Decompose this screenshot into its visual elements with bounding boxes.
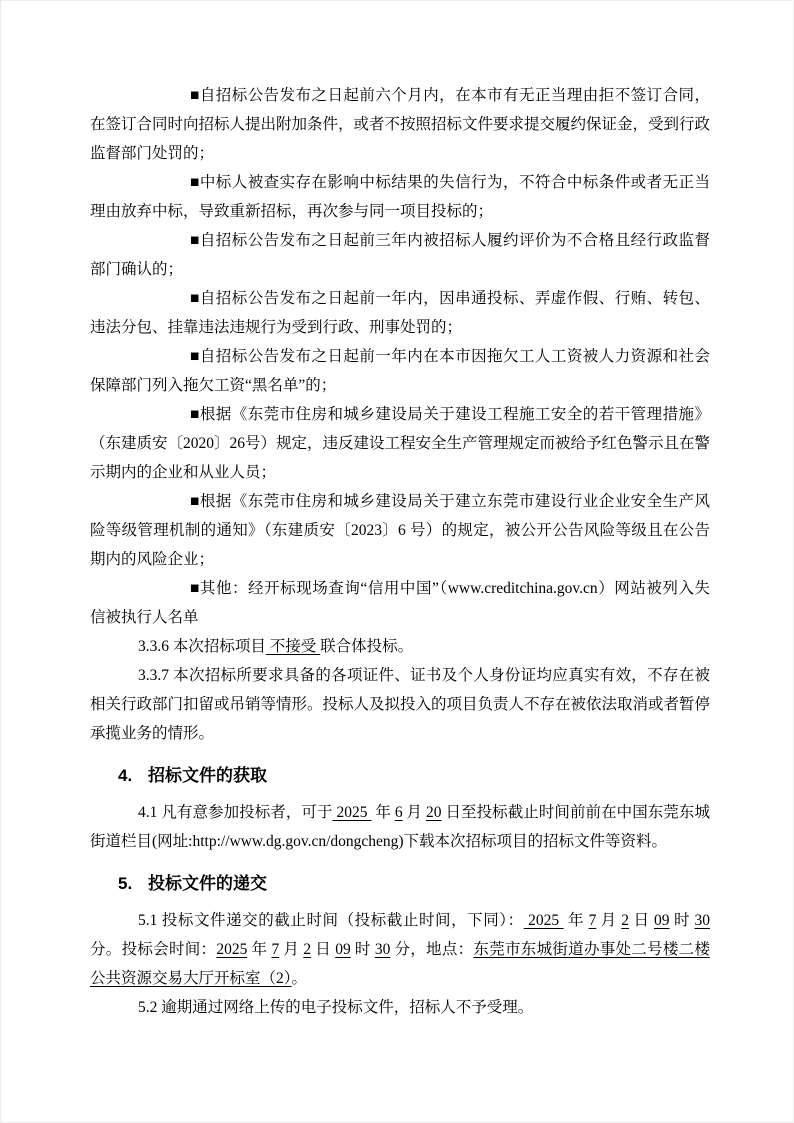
clause-credit-china-dishonest-list: ■其他：经开标现场查询“信用中国”（www.creditchina.gov.cn… bbox=[90, 574, 710, 632]
underlined-fill-in-value: 09 bbox=[335, 941, 351, 958]
text-segment: 月 bbox=[596, 912, 621, 929]
clause-refuse-sign-contract: ■自招标公告发布之日起前六个月内，在本市有无正当理由拒不签订合同，在签订合同时向… bbox=[90, 81, 710, 168]
section-5-number: 5. bbox=[118, 868, 148, 900]
text-segment: 年 bbox=[371, 804, 394, 821]
clause-winner-dishonesty: ■中标人被查实存在影响中标结果的失信行为，不符合中标条件或者无正当理由放弃中标，… bbox=[90, 168, 710, 226]
underlined-fill-in-value: 30 bbox=[375, 941, 391, 958]
clause-performance-evaluation-failed: ■自招标公告发布之日起前三年内被招标人履约评价为不合格且经行政监督部门确认的； bbox=[90, 226, 710, 284]
text-segment: 4.1 凡有意参加投标者，可于 bbox=[138, 804, 333, 821]
text-segment: 3.3.6 本次招标项目 bbox=[138, 638, 266, 655]
underlined-fill-in-value: 不接受 bbox=[266, 638, 320, 655]
clause-5-2-late-submission: 5.2 逾期通过网络上传的电子投标文件，招标人不予受理。 bbox=[90, 993, 710, 1022]
section-4-heading: 4.招标文件的获取 bbox=[118, 760, 710, 792]
clause-5-1-submission-deadline: 5.1 投标文件递交的截止时间（投标截止时间，下同）： 2025 年 7 月 2… bbox=[90, 906, 710, 993]
underlined-fill-in-value: 2025 bbox=[524, 912, 564, 929]
underlined-fill-in-value: 20 bbox=[426, 804, 442, 821]
underlined-fill-in-value: 2 bbox=[303, 941, 311, 958]
clause-wage-arrears-blacklist: ■自招标公告发布之日起前一年内在本市因拖欠工人工资被人力资源和社会保障部门列入拖… bbox=[90, 342, 710, 400]
underlined-fill-in-value: 6 bbox=[395, 804, 403, 821]
text-segment: 。 bbox=[292, 970, 308, 987]
underlined-fill-in-value: 2025 bbox=[333, 804, 372, 821]
text-segment: 月 bbox=[279, 941, 303, 958]
text-segment: 月 bbox=[403, 804, 426, 821]
tender-document-page: ■自招标公告发布之日起前六个月内，在本市有无正当理由拒不签订合同，在签订合同时向… bbox=[0, 0, 794, 1123]
underlined-fill-in-value: 2025 bbox=[216, 941, 247, 958]
text-segment: 日 bbox=[629, 912, 654, 929]
clause-3-3-7-certificates: 3.3.7 本次招标所要求具备的各项证件、证书及个人身份证均应真实有效，不存在被… bbox=[90, 661, 710, 748]
text-segment: 时 bbox=[670, 912, 695, 929]
clause-bid-rigging-penalty: ■自招标公告发布之日起前一年内，因串通投标、弄虚作假、行贿、转包、违法分包、挂靠… bbox=[90, 284, 710, 342]
section-5-heading: 5.投标文件的递交 bbox=[118, 868, 710, 900]
text-segment: 日 bbox=[311, 941, 335, 958]
section-4-number: 4. bbox=[118, 760, 148, 792]
text-segment: 年 bbox=[564, 912, 589, 929]
section-5-title: 投标文件的递交 bbox=[148, 874, 267, 893]
text-segment: 5.1 投标文件递交的截止时间（投标截止时间，下同）： bbox=[138, 912, 524, 929]
text-segment: 年 bbox=[247, 941, 271, 958]
text-segment: 联合体投标。 bbox=[320, 638, 413, 655]
clause-4-1-document-download: 4.1 凡有意参加投标者，可于 2025 年 6 月 20 日至投标截止时间前前… bbox=[90, 798, 710, 856]
clause-red-warning-safety: ■根据《东莞市住房和城乡建设局关于建设工程施工安全的若干管理措施》（东建质安〔2… bbox=[90, 400, 710, 487]
clause-safety-risk-grade: ■根据《东莞市住房和城乡建设局关于建立东莞市建设行业企业安全生产风险等级管理机制… bbox=[90, 487, 710, 574]
underlined-fill-in-value: 30 bbox=[694, 912, 710, 929]
text-segment: 分。投标会时间： bbox=[90, 941, 216, 958]
clause-3-3-6-consortium: 3.3.6 本次招标项目 不接受 联合体投标。 bbox=[90, 632, 710, 661]
text-segment: 时 bbox=[351, 941, 375, 958]
text-segment: 分，地点： bbox=[390, 941, 473, 958]
section-4-title: 招标文件的获取 bbox=[148, 766, 267, 785]
underlined-fill-in-value: 2 bbox=[621, 912, 629, 929]
underlined-fill-in-value: 09 bbox=[654, 912, 670, 929]
